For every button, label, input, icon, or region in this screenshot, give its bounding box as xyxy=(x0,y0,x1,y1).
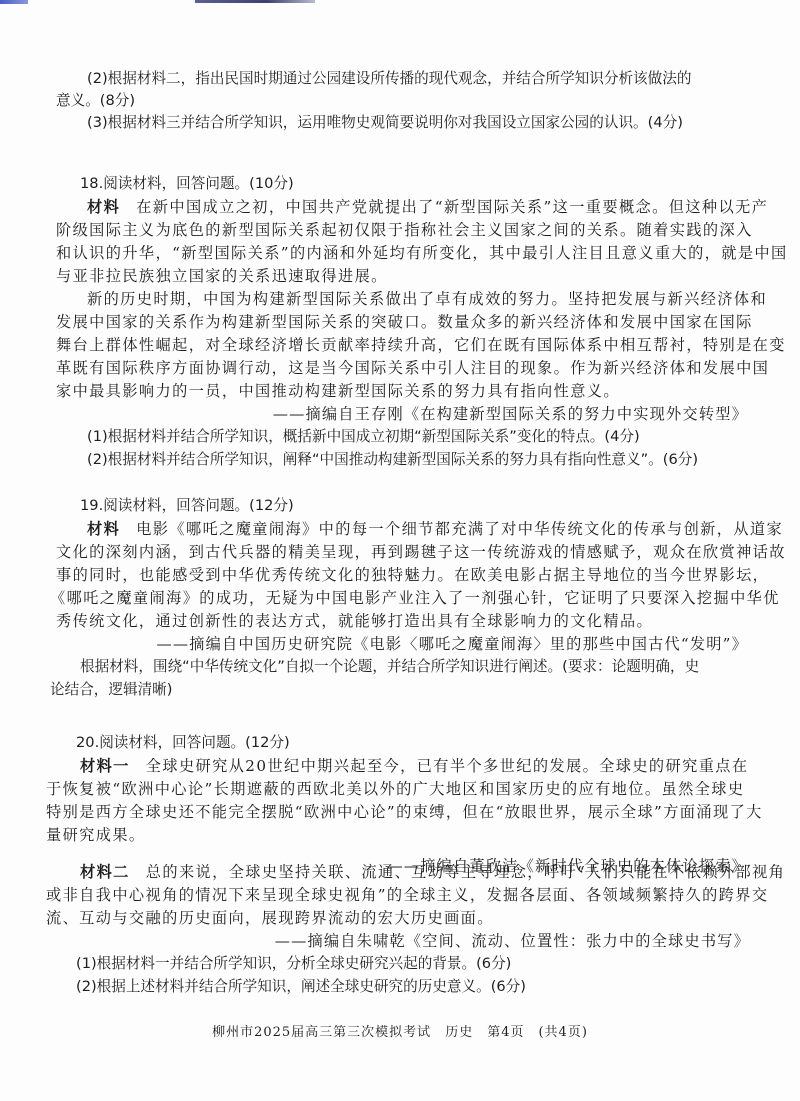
q20-heading: 20.阅读材料，回答问题。(12分) xyxy=(76,733,290,753)
q17-sub3: (3)根据材料三并结合所学知识，运用唯物史观简要说明你对我国设立国家公园的认识。… xyxy=(87,113,683,133)
q19-task-line2: 论结合，逻辑清晰) xyxy=(50,680,172,700)
q18-material-p2-line5: 家中最具影响力的一员，中国推动构建新型国际关系的努力具有指向性意义。 xyxy=(56,381,620,401)
q18-material-p2-line3: 舞台上群体性崛起，对全球经济增长贡献率持续升高，它们在既有国际体系中相互帮衬，特… xyxy=(56,335,786,355)
footer-exam-title: 柳州市2025届高三第三次模拟考试 xyxy=(212,1025,431,1040)
q19-material-line2: 文化的深刻内涵，到古代兵器的精美呈现，再到踢毽子这一传统游戏的情感赋予，观众在欣… xyxy=(56,542,786,562)
q18-material-line1: 材料在新中国成立之初，中国共产党就提出了“新型国际关系”这一重要概念。但这种以无… xyxy=(87,197,768,217)
q20-sub2: (2)根据上述材料并结合所学知识，阐述全球史研究的历史意义。(6分) xyxy=(76,977,526,997)
page-footer: 柳州市2025届高三第三次模拟考试历史第4页(共4页) xyxy=(0,1021,800,1040)
q19-heading: 19.阅读材料，回答问题。(12分) xyxy=(80,496,294,516)
scan-top-mark xyxy=(195,0,315,3)
q19-material-line5: 秀传统文化，通过创新性的表达方式，就能够打造出具有全球影响力的文化精品。 xyxy=(56,611,653,631)
q19-material-line3: 事的同时，也能感受到中华优秀传统文化的独特魅力。在欧美电影占据主导地位的当今世界… xyxy=(56,565,769,585)
q18-material-p2-line4: 革既有国际秩序方面协调行动，这是当今国际关系中引人注目的现象。作为新兴经济体和发… xyxy=(56,358,769,378)
q18-material-p2-line1: 新的历史时期，中国为构建新型国际关系做出了卓有成效的努力。坚持把发展与新兴经济体… xyxy=(87,289,767,309)
material-label: 材料 xyxy=(87,520,120,538)
q20-m1-line4: 量研究成果。 xyxy=(46,825,146,845)
q17-sub2-line1: (2)根据材料二，指出民国时期通过公园建设所传播的现代观念，并结合所学知识分析该… xyxy=(87,69,691,89)
q19-material-line1: 材料电影《哪吒之魔童闹海》中的每一个细节都充满了对中华传统文化的传承与创新，从道… xyxy=(87,519,783,539)
scan-edge-mark xyxy=(0,0,28,4)
q20-m2-line3: 流、互动与交融的历史面向，展现跨界流动的宏大历史画面。 xyxy=(46,908,494,928)
q18-material-line4: 与亚非拉民族独立国家的关系迅速取得进展。 xyxy=(56,266,388,286)
q18-sub2: (2)根据材料并结合所学知识，阐释“中国推动构建新型国际关系的努力具有指向性意义… xyxy=(87,450,698,470)
q20-m1-line2: 于恢复被“欧洲中心论”长期遮蔽的西欧北美以外的广大地区和国家历史的应有地位。虽然… xyxy=(46,779,744,799)
q18-material-p2-line2: 发展中国家的关系作为构建新型国际关系的突破口。数量众多的新兴经济体和发展中国家在… xyxy=(56,312,753,332)
q18-sub1: (1)根据材料并结合所学知识，概括新中国成立初期“新型国际关系”变化的特点。(4… xyxy=(87,427,640,447)
q20-m2-source: ——摘编自朱啸乾《空间、流动、位置性：张力中的全球史书写》 xyxy=(275,931,750,951)
q18-material-line3: 和认识的升华，“新型国际关系”的内涵和外延均有所变化，其中最引人注目且意义重大的… xyxy=(56,243,788,263)
q20-m2-line2: 或非自我中心视角的情况下来呈现全球史视角”的全球主义，发掘各层面、各领域频繁持久… xyxy=(46,885,768,905)
q18-heading: 18.阅读材料，回答问题。(10分) xyxy=(80,174,294,194)
q19-task-line1: 根据材料，围绕“中华传统文化”自拟一个论题，并结合所学知识进行阐述。(要求：论题… xyxy=(80,657,699,677)
material-one-label: 材料一 xyxy=(80,757,130,775)
q20-sub1: (1)根据材料一并结合所学知识，分析全球史研究兴起的背景。(6分) xyxy=(76,954,511,974)
q20-m2-line1: 材料二总的来说，全球史坚持关联、流通、互动等主导理念，呼吁“人们只能在不依赖外部… xyxy=(80,862,785,882)
footer-subject: 历史 xyxy=(445,1025,473,1040)
q20-m1-line1: 材料一全球史研究从20世纪中期兴起至今，已有半个多世纪的发展。全球史的研究重点在 xyxy=(80,756,748,776)
q18-material-line2: 阶级国际主义为底色的新型国际关系起初仅限于指称社会主义国家之间的关系。随着实践的… xyxy=(56,220,753,240)
q19-material-line4: 《哪吒之魔童闹海》的成功，无疑为中国电影产业注入了一剂强心针，它证明了只要深入挖… xyxy=(50,588,780,608)
material-label: 材料 xyxy=(87,198,120,216)
q17-sub2-line2: 意义。(8分) xyxy=(56,91,135,111)
q18-source: ——摘编自王存刚《在构建新型国际关系的努力中实现外交转型》 xyxy=(273,404,748,424)
q20-m1-line3: 特别是西方全球史还不能完全摆脱“欧洲中心论”的束缚，但在“放眼世界，展示全球”方… xyxy=(46,802,763,822)
q19-source: ——摘编自中国历史研究院《电影〈哪吒之魔童闹海〉里的那些中国古代“发明”》 xyxy=(157,634,749,654)
footer-page-number: 第4页 xyxy=(487,1025,524,1040)
footer-total-pages: (共4页) xyxy=(538,1025,587,1040)
material-two-label: 材料二 xyxy=(80,863,130,881)
